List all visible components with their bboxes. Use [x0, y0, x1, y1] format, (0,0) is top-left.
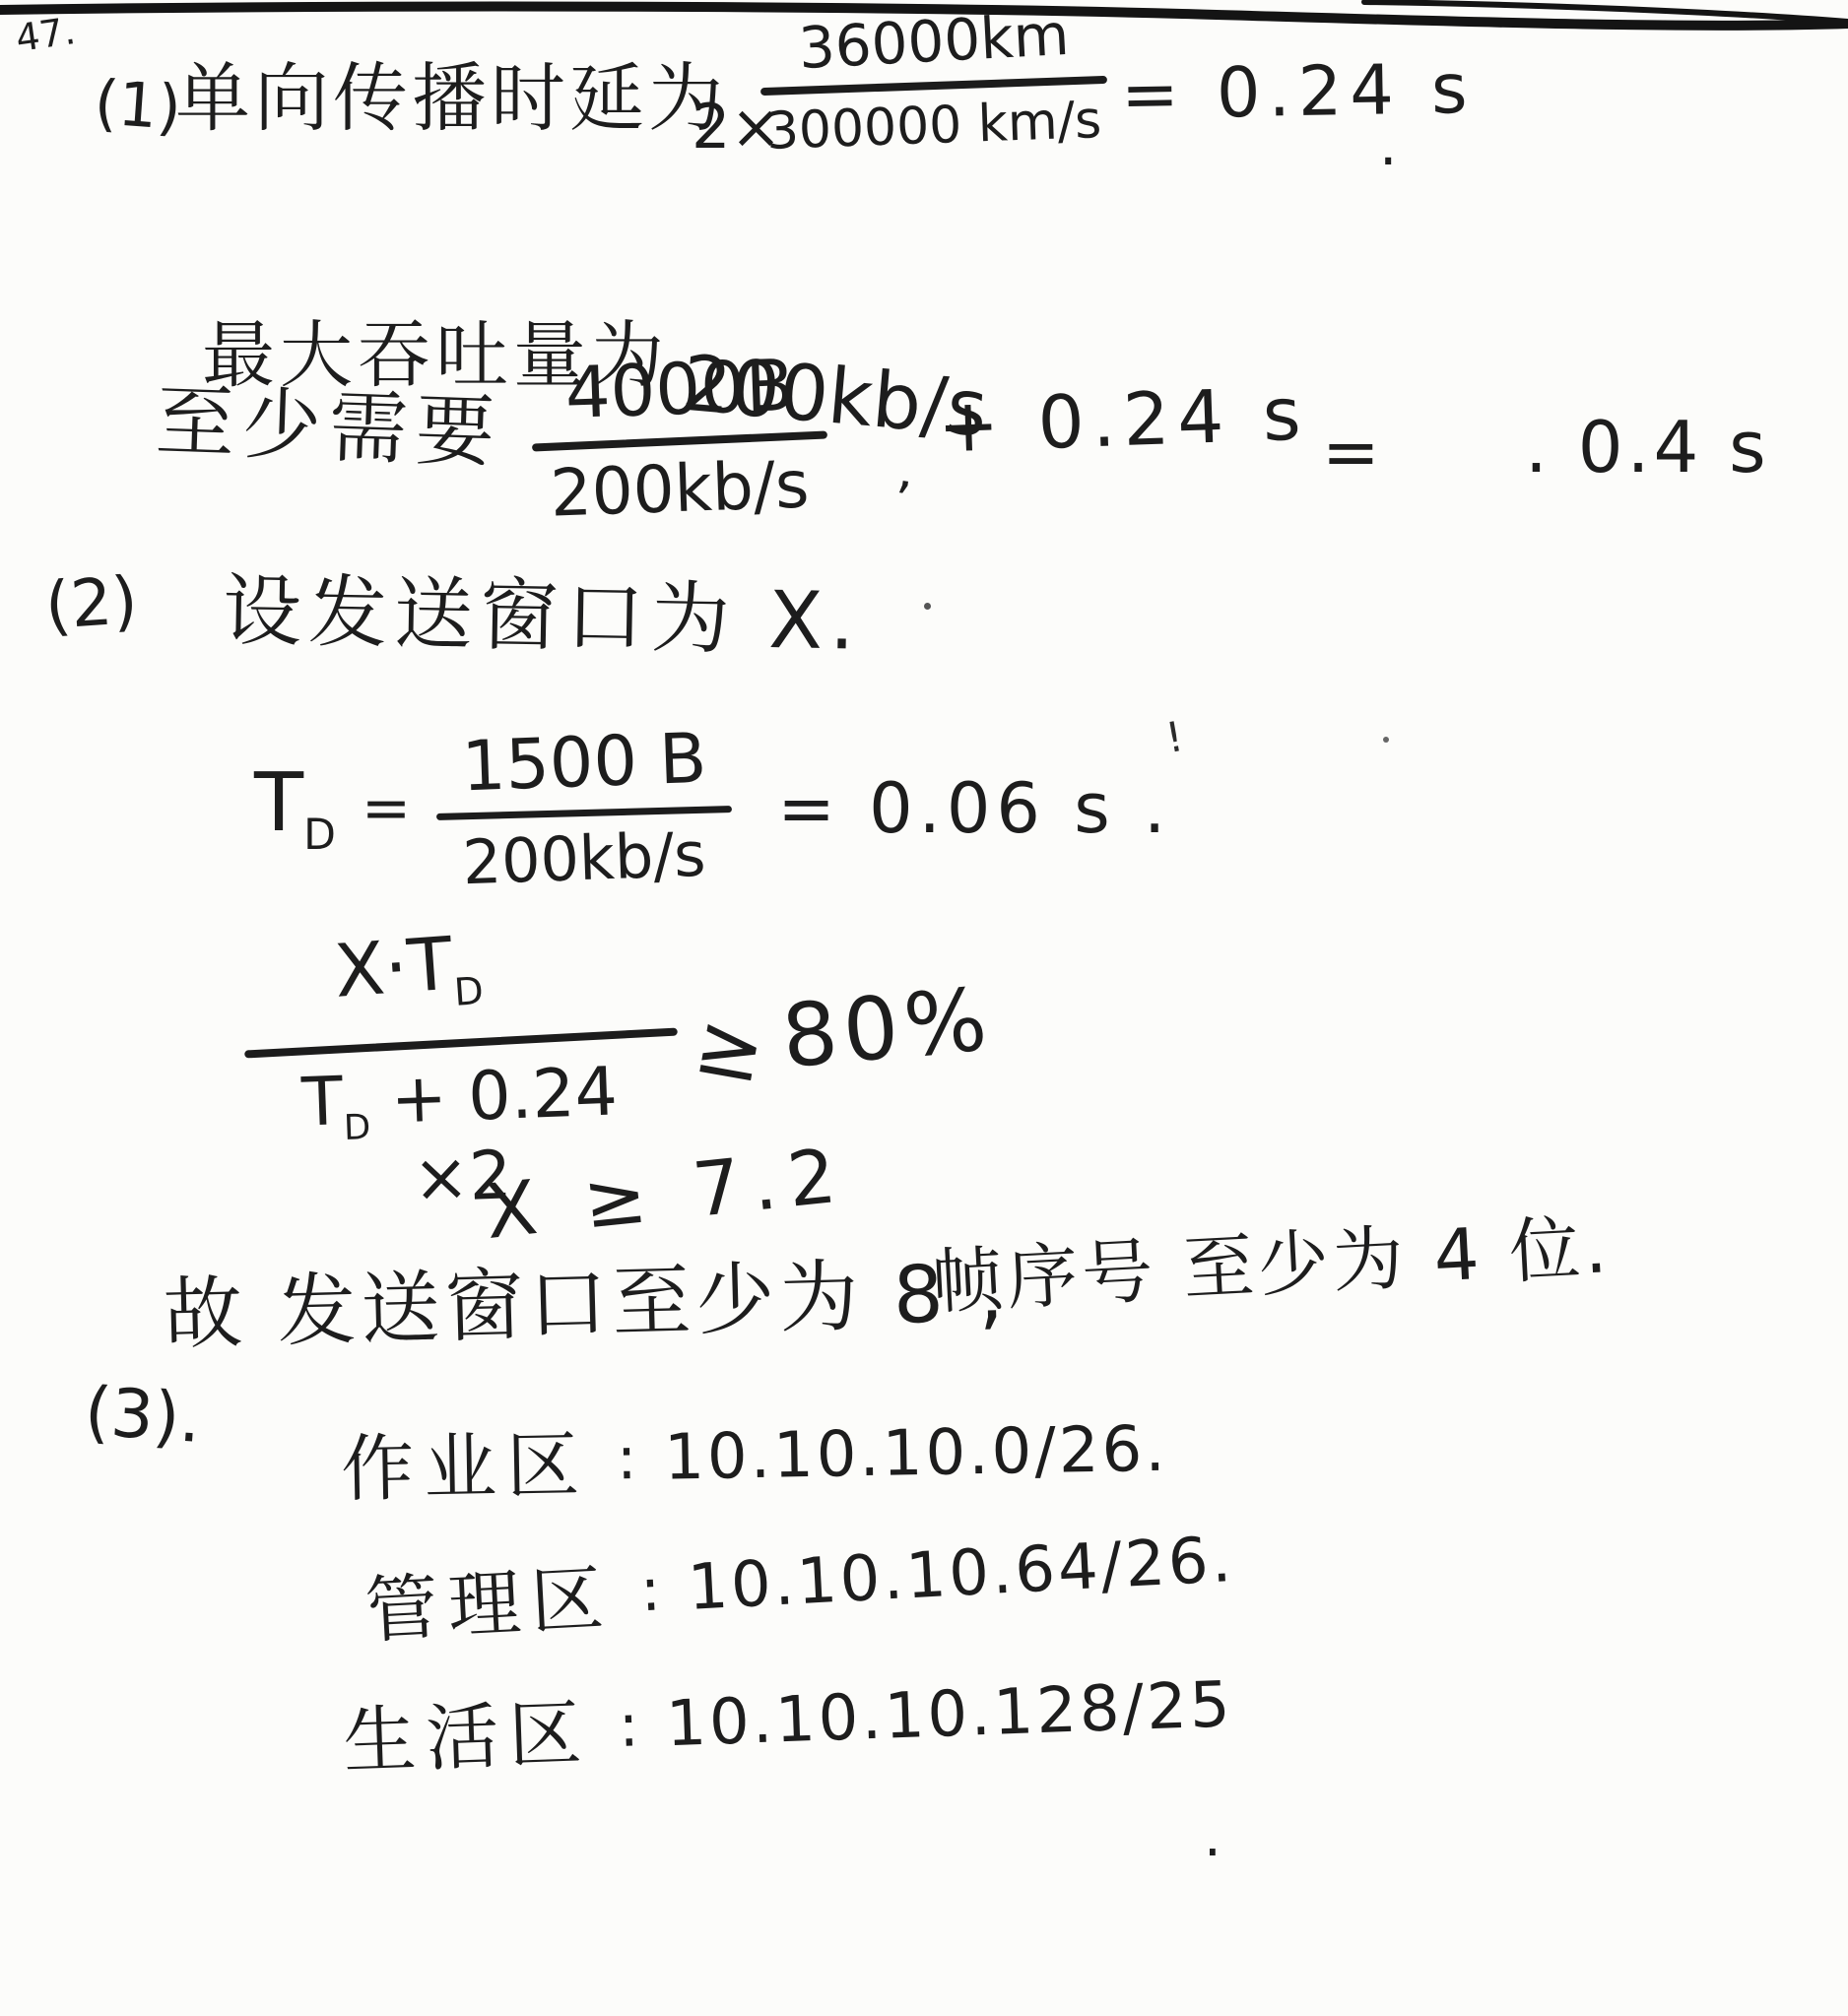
td-symbol: TD [254, 756, 336, 860]
part1-result: = 0.24 s [1120, 54, 1476, 129]
part1-plus-term: + 0.24 s [937, 377, 1310, 463]
zone-colon: : [638, 1555, 662, 1625]
zone-name: 作业区 [340, 1407, 590, 1516]
zone-address: 10.10.10.0/26. [664, 1413, 1169, 1495]
need-text: 至少需要 [155, 382, 504, 473]
problem-number: 47. [14, 12, 78, 57]
part1-label: (1) [93, 72, 183, 139]
zone-name: 管理区 [363, 1540, 616, 1658]
part2-intro-text: 设发送窗口为 X. [222, 571, 862, 661]
fraction-numerator: 4000B [531, 348, 828, 432]
utilization-relation: ≥ [689, 1002, 771, 1095]
zone-address: 10.10.10.128/25 [665, 1668, 1234, 1761]
fraction-numerator: X·TD [241, 911, 680, 1028]
ink-speck [924, 603, 931, 610]
zone-row-work: 作业区 : 10.10.10.0/26. [340, 1398, 1168, 1517]
zone-colon: : [618, 1691, 640, 1761]
td-equation: TD = 1500 B 200kb/s = 0.06 s . [254, 727, 1171, 890]
propagation-delay-fraction: 36000km 300000 km/s [760, 12, 1107, 153]
fraction-denominator: 300000 km/s [759, 94, 1108, 160]
fraction-denominator: 200kb/s [435, 820, 733, 895]
fraction-numerator: 36000km [759, 3, 1109, 81]
conclusion-left: 故 发送窗口至少为 8 , [163, 1254, 1009, 1354]
part1-final-result: . 0.4 s [1525, 412, 1770, 483]
numerator-main: X·T [332, 922, 455, 1014]
td-symbol-main: T [254, 756, 303, 850]
td-equals: = [362, 774, 411, 843]
part1-equals: = [1322, 418, 1380, 487]
fraction-denominator: 200kb/s [531, 449, 828, 528]
conclusion-right: 帧序号 至少为 4 位. [931, 1211, 1613, 1318]
td-result: = 0.06 s . [777, 768, 1171, 849]
zone-address: 10.10.10.64/26. [686, 1524, 1235, 1625]
part1-result-period: . [1379, 116, 1397, 173]
zone-name: 生活区 [341, 1675, 593, 1788]
denominator-t: T [300, 1063, 344, 1141]
ink-speck [1383, 737, 1389, 743]
transfer-time-fraction: 4000B 200kb/s [532, 353, 827, 523]
fraction-numerator: 1500 B [435, 722, 733, 805]
part3-label: (3). [83, 1379, 203, 1454]
part1-intro-text: 单向传播时延为 [175, 61, 727, 136]
fraction-bar [436, 806, 732, 820]
zone-row-living: 生活区 : 10.10.10.128/25 [341, 1653, 1234, 1788]
zone-colon: : [616, 1424, 636, 1493]
utilization-threshold: 80% [779, 976, 996, 1080]
part2-label: (2) [43, 568, 140, 639]
td-symbol-sub: D [303, 811, 336, 860]
part3-trailing-period: . [1204, 1810, 1221, 1865]
comma-mark: , [894, 444, 918, 497]
handwritten-solution-page: 47. (1) 单向传播时延为 2× 36000km 300000 km/s =… [0, 0, 1848, 2016]
numerator-sub: D [453, 969, 486, 1015]
denominator-sub: D [343, 1107, 371, 1148]
td-fraction: 1500 B 200kb/s [436, 727, 732, 890]
zone-row-management: 管理区 : 10.10.10.64/26. [363, 1508, 1237, 1658]
